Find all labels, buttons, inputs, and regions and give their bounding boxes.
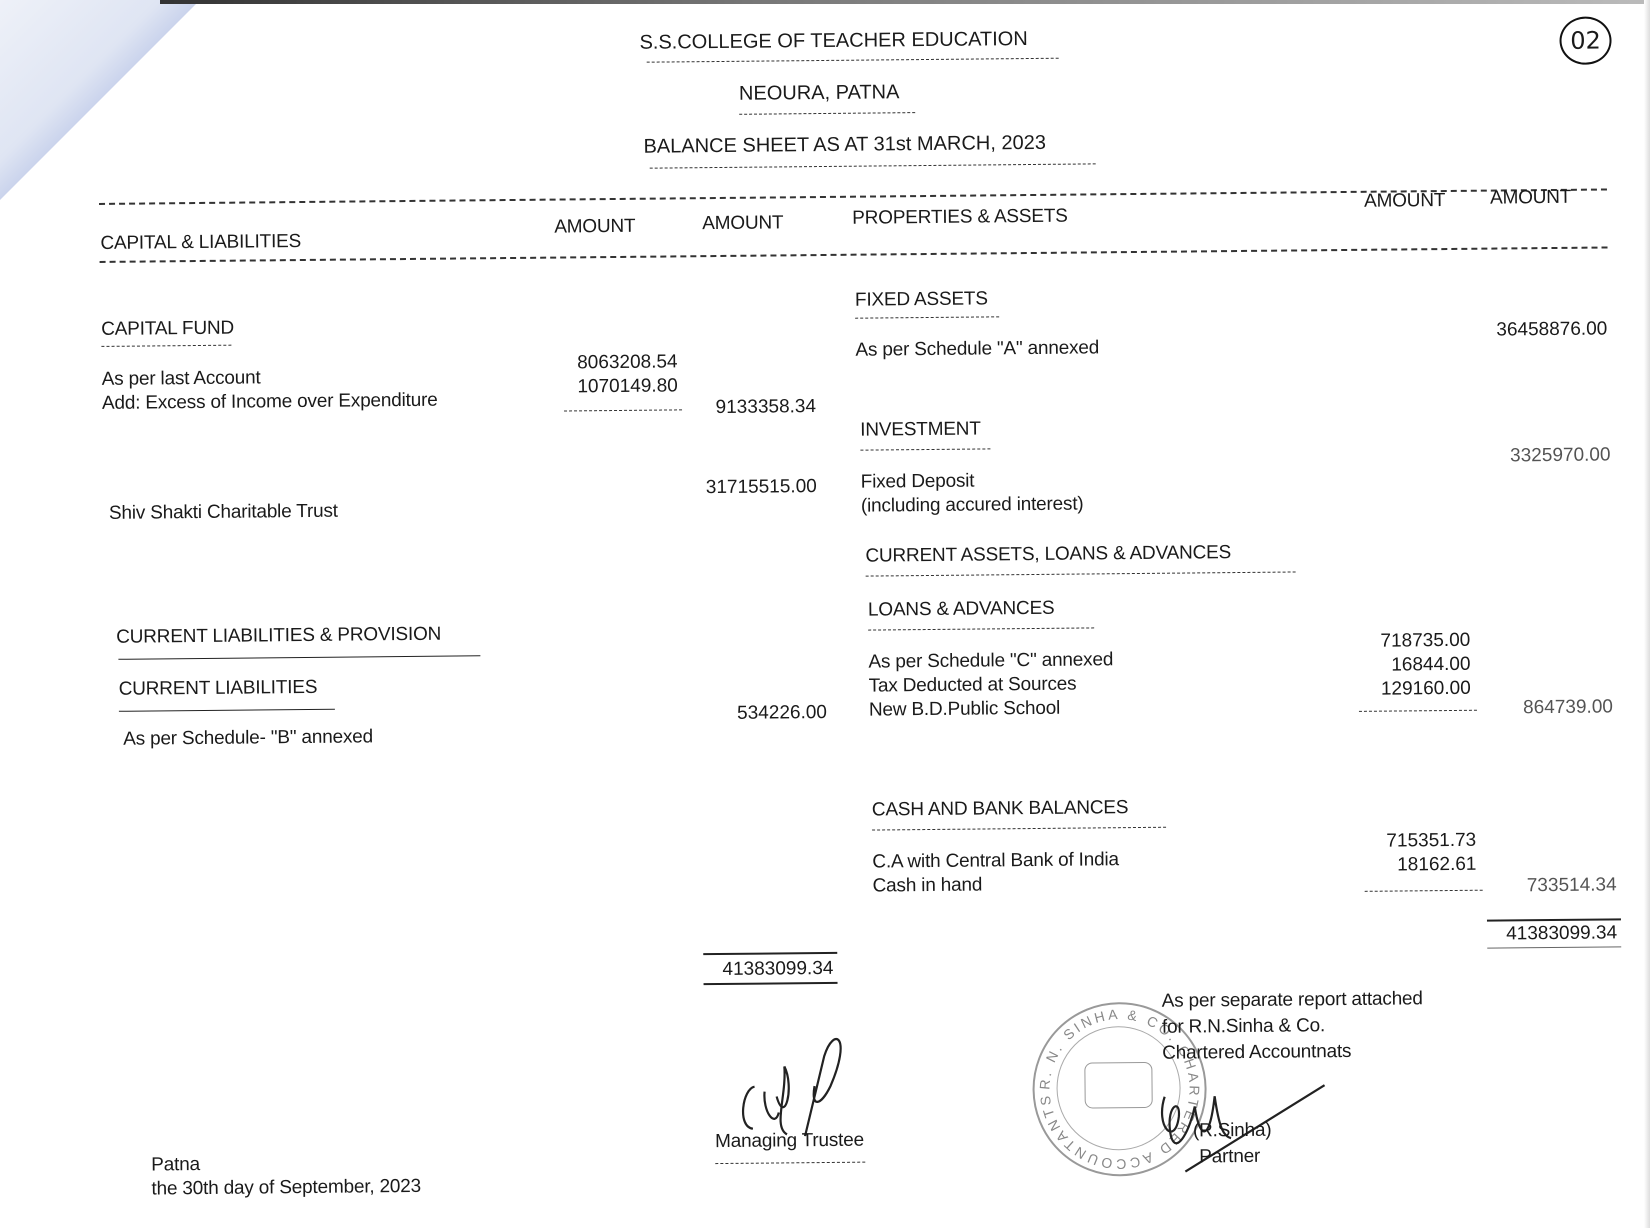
institution-name: S.S.COLLEGE OF TEACHER EDUCATION <box>639 28 1027 55</box>
subtotal-rule <box>564 409 682 411</box>
divider <box>860 448 990 450</box>
trust-amount: 31715515.00 <box>689 476 817 499</box>
assets-grand-total: 41383099.34 <box>1487 922 1617 945</box>
column-heading-assets: PROPERTIES & ASSETS <box>852 206 1068 230</box>
header-rule-bottom <box>100 246 1608 262</box>
auditor-report-line: As per separate report attached <box>1162 988 1423 1013</box>
column-heading-amount: AMOUNT <box>554 216 635 239</box>
current-liabilities-heading: CURRENT LIABILITIES <box>119 677 318 701</box>
investment-heading: INVESTMENT <box>860 418 981 441</box>
total-rule-bottom <box>704 982 838 985</box>
column-heading-amount: AMOUNT <box>702 212 783 235</box>
date-label: the 30th day of September, 2023 <box>151 1176 421 1201</box>
investment-label: Fixed Deposit <box>861 471 975 494</box>
cash-bank-item-amount: 715351.73 <box>1346 830 1476 853</box>
investment-amount: 3325970.00 <box>1476 444 1610 467</box>
divider <box>872 827 1166 831</box>
institution-location: NEOURA, PATNA <box>739 81 900 106</box>
loans-advances-heading: LOANS & ADVANCES <box>868 598 1055 622</box>
column-heading-amount: AMOUNT <box>1490 187 1571 210</box>
place-label: Patna <box>151 1154 200 1176</box>
cash-bank-item-label: C.A with Central Bank of India <box>872 849 1119 873</box>
fixed-assets-label: As per Schedule "A" annexed <box>855 337 1099 361</box>
total-rule-top <box>1487 918 1621 921</box>
divider <box>119 709 335 712</box>
capital-fund-item-label: As per last Account <box>102 367 261 391</box>
trust-label: Shiv Shakti Charitable Trust <box>109 501 338 525</box>
divider <box>650 163 1096 168</box>
divider <box>101 345 231 347</box>
cash-bank-total: 733514.34 <box>1487 874 1617 897</box>
partner-name: (R.Sinha) <box>1193 1120 1272 1143</box>
investment-label-note: (including accured interest) <box>861 494 1084 518</box>
balance-sheet-page: 02 S.S.COLLEGE OF TEACHER EDUCATION NEOU… <box>0 0 1650 1228</box>
divider <box>647 58 1059 63</box>
loans-advances-item-label: Tax Deducted at Sources <box>869 674 1077 698</box>
capital-fund-item-label: Add: Excess of Income over Expenditure <box>102 390 438 415</box>
total-rule-top <box>703 952 837 955</box>
column-heading-amount: AMOUNT <box>1364 190 1445 213</box>
partner-title: Partner <box>1199 1146 1260 1169</box>
divider <box>866 571 1296 576</box>
managing-trustee-label: Managing Trustee <box>715 1130 864 1153</box>
divider <box>868 627 1094 630</box>
auditor-designation-line: Chartered Accountnats <box>1162 1041 1351 1065</box>
cash-bank-item-label: Cash in hand <box>873 875 983 898</box>
signature-line <box>715 1162 865 1164</box>
capital-fund-item-amount: 1070149.80 <box>558 375 678 398</box>
fixed-assets-amount: 36458876.00 <box>1473 318 1607 341</box>
page-number-circle: 02 <box>1559 16 1611 64</box>
loans-advances-item-amount: 16844.00 <box>1340 654 1470 677</box>
loans-advances-total: 864739.00 <box>1481 696 1613 719</box>
column-heading-liabilities: CAPITAL & LIABILITIES <box>100 231 301 255</box>
current-liabilities-label: As per Schedule- "B" annexed <box>123 726 373 750</box>
subtotal-rule <box>1365 890 1483 892</box>
fixed-assets-heading: FIXED ASSETS <box>855 288 988 311</box>
total-rule-bottom <box>1487 946 1621 948</box>
capital-fund-total: 9133358.34 <box>688 396 816 419</box>
divider <box>739 112 915 115</box>
capital-fund-item-amount: 8063208.54 <box>557 351 677 374</box>
trustee-signature-icon <box>724 1016 865 1137</box>
document-title: BALANCE SHEET AS AT 31st MARCH, 2023 <box>643 132 1046 159</box>
loans-advances-item-amount: 718735.00 <box>1340 630 1470 653</box>
liabilities-grand-total: 41383099.34 <box>703 958 833 981</box>
loans-advances-item-amount: 129160.00 <box>1341 678 1471 701</box>
current-liabilities-amount: 534226.00 <box>699 702 827 725</box>
loans-advances-item-label: New B.D.Public School <box>869 698 1060 722</box>
divider <box>855 316 999 318</box>
current-assets-heading: CURRENT ASSETS, LOANS & ADVANCES <box>865 542 1231 568</box>
current-liabilities-provision-heading: CURRENT LIABILITIES & PROVISION <box>116 624 441 649</box>
divider <box>118 655 480 659</box>
capital-fund-heading: CAPITAL FUND <box>101 318 234 341</box>
cash-bank-item-amount: 18162.61 <box>1346 854 1476 877</box>
auditor-firm-line: for R.N.Sinha & Co. <box>1162 1015 1325 1039</box>
loans-advances-item-label: As per Schedule "C" annexed <box>868 649 1113 673</box>
subtotal-rule <box>1359 710 1477 712</box>
cash-bank-heading: CASH AND BANK BALANCES <box>872 797 1129 821</box>
